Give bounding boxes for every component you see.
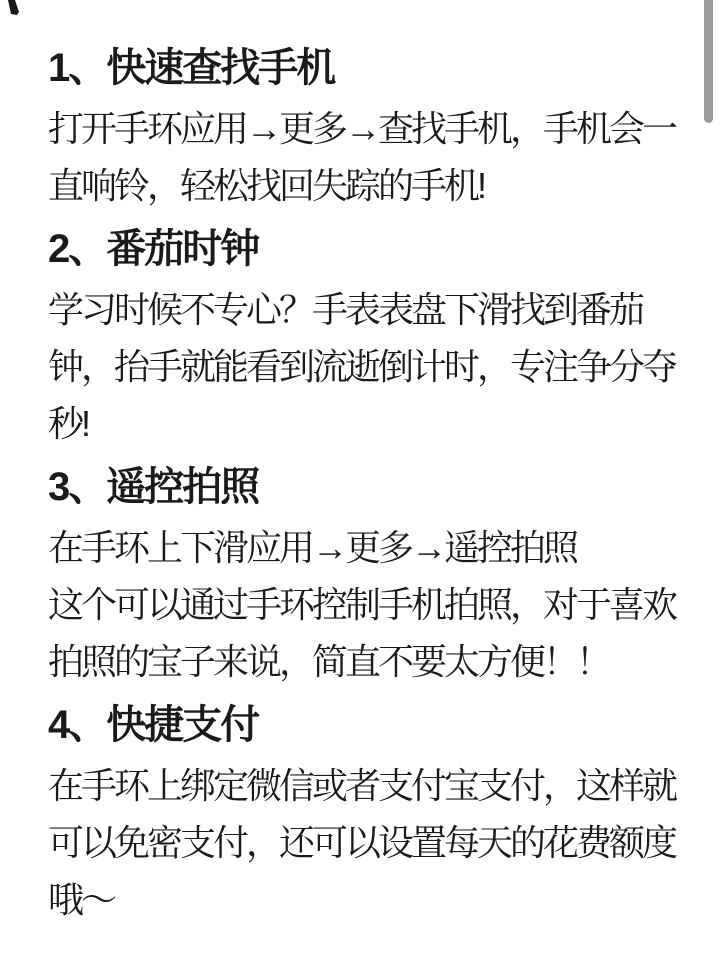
tip-section-3: 3、遥控拍照 在手环上下滑应用→更多→遥控拍照 这个可以通过手环控制手机拍照，对… xyxy=(48,463,672,690)
section-2-line-1: 学习时候不专心？手表表盘下滑找到番茄 xyxy=(48,281,672,338)
section-3-heading: 3、遥控拍照 xyxy=(48,463,672,511)
section-4-heading: 4、快捷支付 xyxy=(48,701,672,749)
note-content: 1、快速查找手机 打开手环应用→更多→查找手机，手机会一 直响铃，轻松找回失踪的… xyxy=(0,0,720,928)
section-1-heading: 1、快速查找手机 xyxy=(48,44,672,92)
section-3-line-2: 这个可以通过手环控制手机拍照，对于喜欢 xyxy=(48,576,672,633)
section-2-line-2: 钟，抬手就能看到流逝倒计时，专注争分夺 xyxy=(48,338,672,395)
section-1-line-1: 打开手环应用→更多→查找手机，手机会一 xyxy=(48,100,672,157)
section-3-line-3: 拍照的宝子来说，简直不要太方便！！ xyxy=(48,633,672,690)
section-1-line-2: 直响铃，轻松找回失踪的手机! xyxy=(48,157,672,214)
section-2-heading: 2、番茄时钟 xyxy=(48,225,672,273)
tip-section-4: 4、快捷支付 在手环上绑定微信或者支付宝支付，这样就 可以免密支付，还可以设置每… xyxy=(48,701,672,928)
section-4-line-3: 哦～ xyxy=(48,871,672,928)
tip-section-1: 1、快速查找手机 打开手环应用→更多→查找手机，手机会一 直响铃，轻松找回失踪的… xyxy=(48,44,672,214)
note-page: 1、快速查找手机 打开手环应用→更多→查找手机，手机会一 直响铃，轻松找回失踪的… xyxy=(0,0,720,960)
section-2-line-3: 秒! xyxy=(48,395,672,452)
section-4-line-1: 在手环上绑定微信或者支付宝支付，这样就 xyxy=(48,757,672,814)
section-3-line-1: 在手环上下滑应用→更多→遥控拍照 xyxy=(48,519,672,576)
section-4-line-2: 可以免密支付，还可以设置每天的花费额度 xyxy=(48,814,672,871)
tip-section-2: 2、番茄时钟 学习时候不专心？手表表盘下滑找到番茄 钟，抬手就能看到流逝倒计时，… xyxy=(48,225,672,452)
scrollbar-thumb[interactable] xyxy=(704,0,713,123)
